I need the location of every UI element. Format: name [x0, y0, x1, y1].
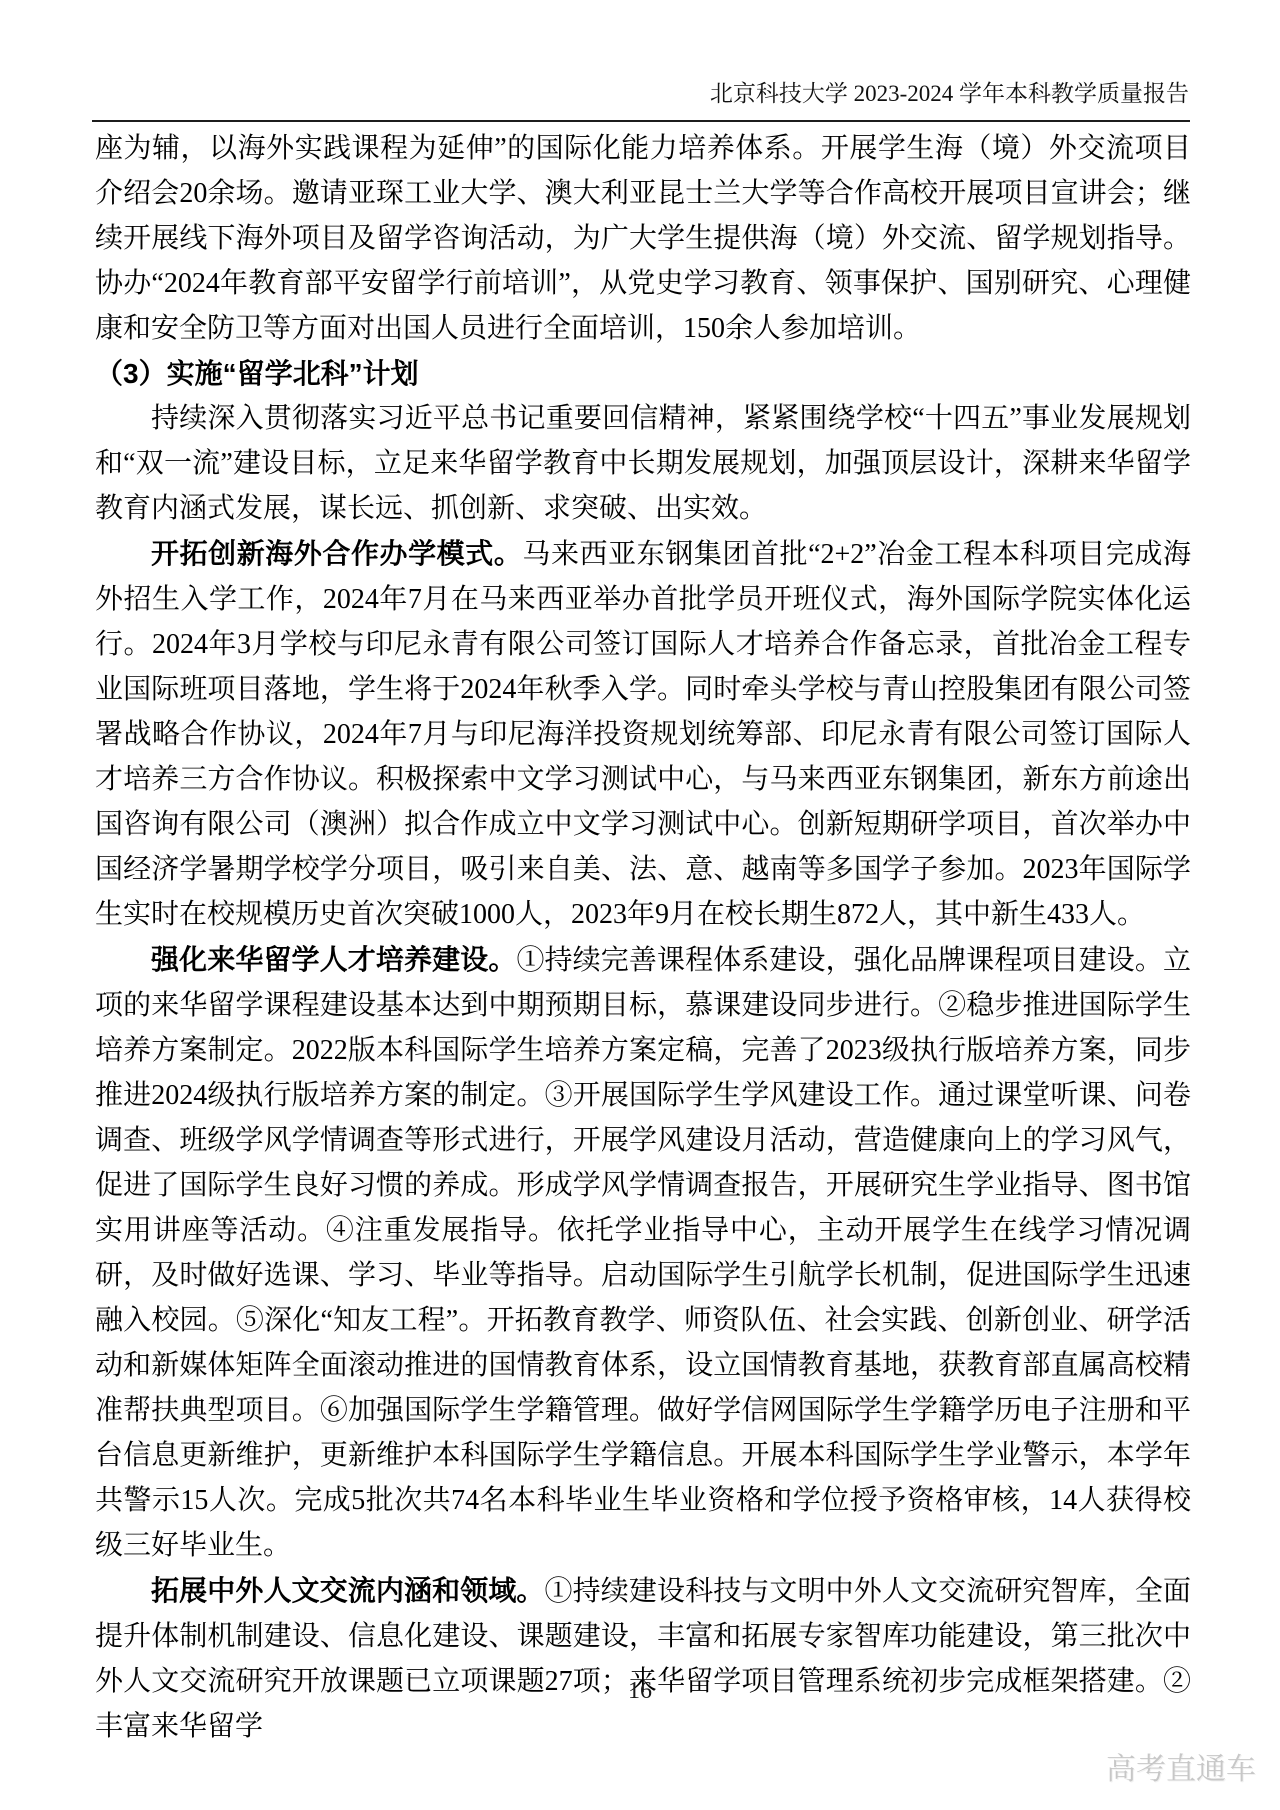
paragraph: 座为辅，以海外实践课程为延伸”的国际化能力培养体系。开展学生海（境）外交流项目介… — [95, 126, 1191, 351]
paragraph-lead: 拓展中外人文交流内涵和领域。 — [151, 1575, 545, 1606]
watermark-text: 高考直通车 — [1106, 1744, 1256, 1788]
paragraph: 强化来华留学人才培养建设。①持续完善课程体系建设，强化品牌课程项目建设。立项的来… — [95, 937, 1191, 1568]
paragraph-lead: 强化来华留学人才培养建设。 — [151, 944, 516, 975]
document-body: 座为辅，以海外实践课程为延伸”的国际化能力培养体系。开展学生海（境）外交流项目介… — [95, 126, 1191, 1749]
paragraph-text: 马来西亚东钢集团首批“2+2”冶金工程本科项目完成海外招生入学工作，2024年7… — [95, 539, 1191, 930]
document-page: 北京科技大学 2023-2024 学年本科教学质量报告 座为辅，以海外实践课程为… — [0, 0, 1280, 1810]
paragraph: 开拓创新海外合作办学模式。马来西亚东钢集团首批“2+2”冶金工程本科项目完成海外… — [95, 531, 1191, 937]
page-header-rule — [92, 120, 1190, 122]
paragraph: 拓展中外人文交流内涵和领域。①持续建设科技与文明中外人文交流研究智库，全面提升体… — [95, 1568, 1191, 1749]
paragraph-text: 座为辅，以海外实践课程为延伸”的国际化能力培养体系。开展学生海（境）外交流项目介… — [95, 133, 1191, 344]
paragraph: 持续深入贯彻落实习近平总书记重要回信精神，紧紧围绕学校“十四五”事业发展规划和“… — [95, 396, 1191, 531]
paragraph-text: 持续深入贯彻落实习近平总书记重要回信精神，紧紧围绕学校“十四五”事业发展规划和“… — [95, 403, 1191, 524]
page-number: 16 — [0, 1678, 1280, 1705]
section-heading: （3）实施“留学北科”计划 — [95, 351, 1191, 396]
page-header-title: 北京科技大学 2023-2024 学年本科教学质量报告 — [710, 80, 1189, 108]
paragraph-lead: 开拓创新海外合作办学模式。 — [151, 538, 522, 569]
paragraph-text: ①持续完善课程体系建设，强化品牌课程项目建设。立项的来华留学课程建设基本达到中期… — [95, 945, 1191, 1561]
